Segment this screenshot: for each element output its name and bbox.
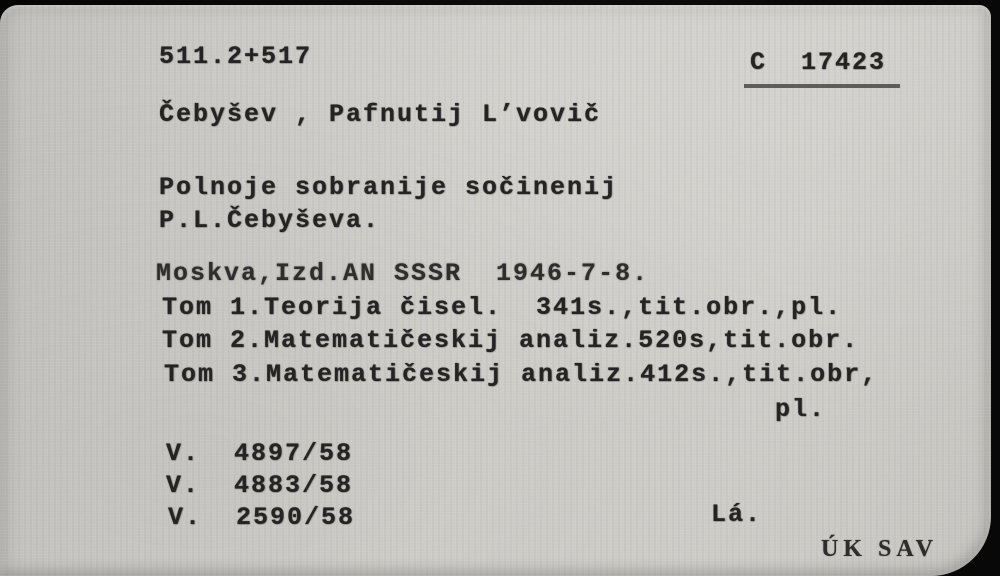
scanned-catalog-card-page: 511.2+517 C 17423 Čebyšev , Pafnutij L’v… (0, 0, 1000, 576)
volume-line-2: Tom 2.Matematičeskij analiz.520s,tit.obr… (162, 326, 859, 355)
author-heading: Čebyšev , Pafnutij L’vovič (159, 100, 601, 129)
accession-number-1: V. 4897/58 (166, 439, 353, 468)
accession-number-3: V. 2590/58 (168, 503, 355, 532)
volume-3-continuation: pl. (775, 395, 826, 424)
title-line-2: P.L.Čebyševa. (159, 206, 380, 235)
volume-line-1: Tom 1.Teorija čisel. 341s.,tit.obr.,pl. (162, 293, 842, 322)
udc-classification: 511.2+517 (159, 42, 312, 71)
typewritten-text-layer: 511.2+517 C 17423 Čebyšev , Pafnutij L’v… (0, 5, 991, 576)
cataloguer-initials: Lá. (711, 500, 762, 529)
accession-number-2: V. 4883/58 (166, 471, 353, 500)
library-stamp: ÚK SAV (821, 536, 938, 563)
imprint-line: Moskva,Izd.AN SSSR 1946-7-8. (156, 259, 649, 288)
title-line-1: Polnoje sobranije sočinenij (159, 173, 618, 202)
call-number: C 17423 (744, 48, 900, 88)
catalog-card: 511.2+517 C 17423 Čebyšev , Pafnutij L’v… (0, 5, 991, 576)
volume-line-3: Tom 3.Matematičeskij analiz.412s.,tit.ob… (164, 360, 878, 389)
